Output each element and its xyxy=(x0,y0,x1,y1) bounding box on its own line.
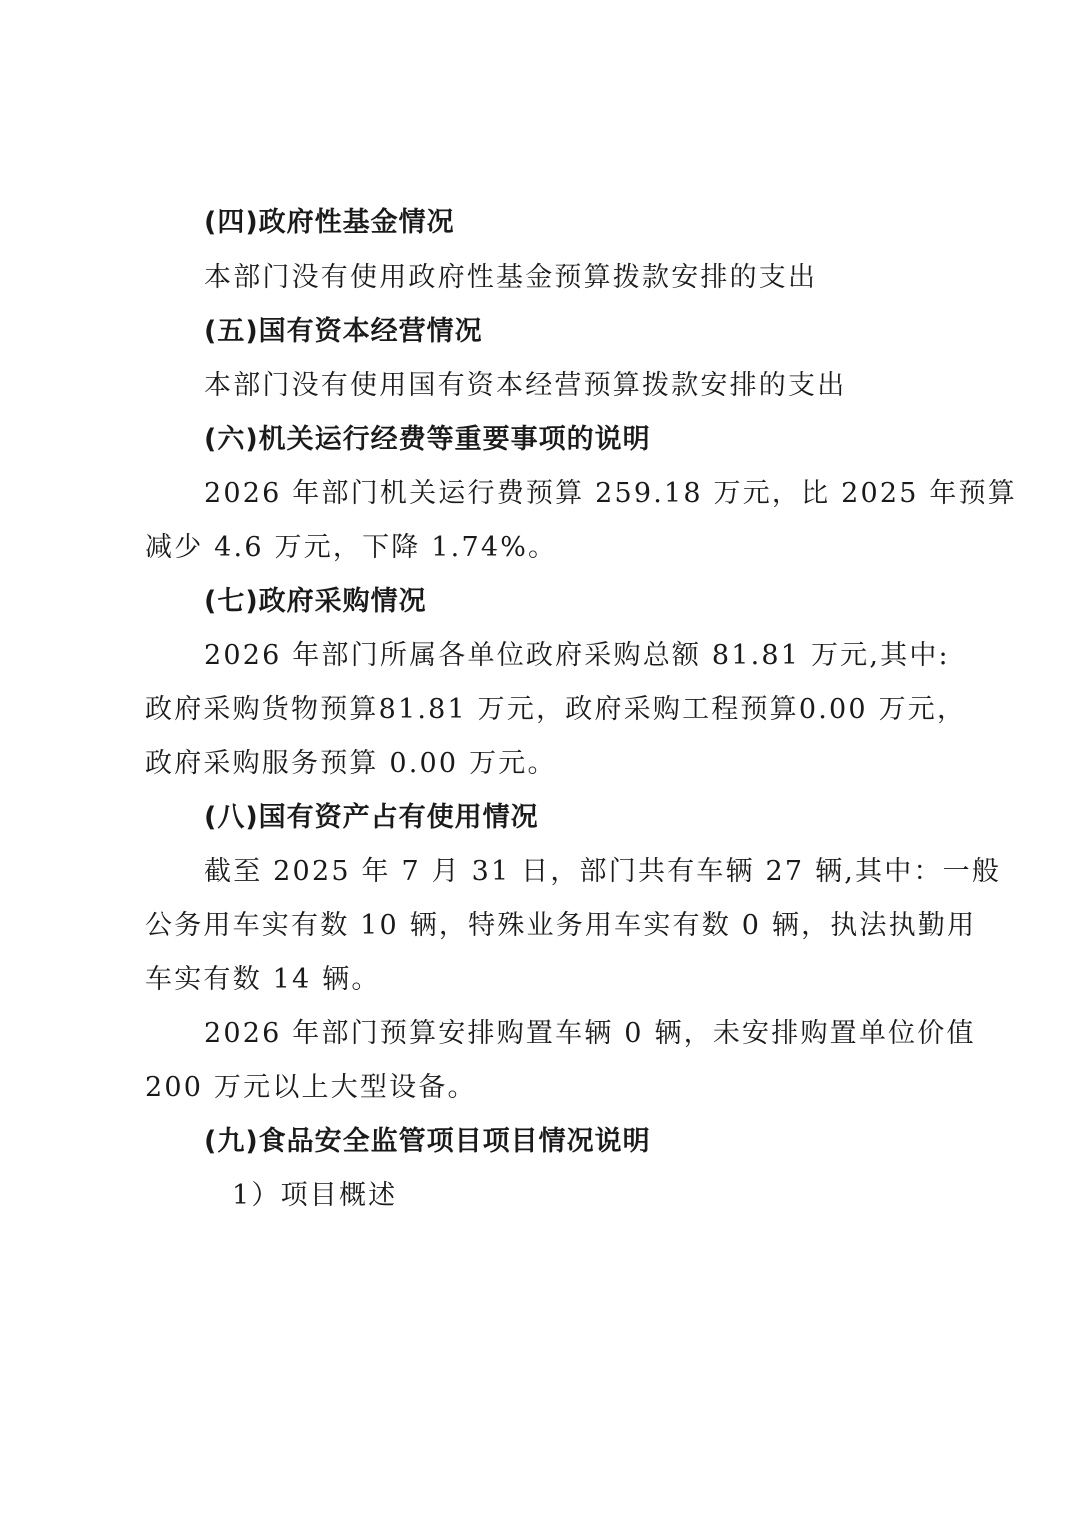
paragraph-line: 车实有数 14 辆。 xyxy=(145,962,381,998)
paragraph-line: 2026 年部门预算安排购置车辆 0 辆，未安排购置单位价值 xyxy=(204,1016,976,1052)
paragraph: 本部门没有使用国有资本经营预算拨款安排的支出 xyxy=(204,368,846,404)
paragraph-line: 200 万元以上大型设备。 xyxy=(145,1070,477,1106)
subsection-item: 1）项目概述 xyxy=(232,1178,397,1214)
section-heading-9: (九)食品安全监管项目项目情况说明 xyxy=(204,1124,651,1160)
paragraph-line: 政府采购货物预算81.81 万元，政府采购工程预算0.00 万元， xyxy=(145,692,966,728)
section-heading-5: (五)国有资本经营情况 xyxy=(204,314,483,350)
paragraph-line: 2026 年部门机关运行费预算 259.18 万元，比 2025 年预算 xyxy=(204,476,1017,512)
section-heading-6: (六)机关运行经费等重要事项的说明 xyxy=(204,422,651,458)
paragraph-line: 截至 2025 年 7 月 31 日，部门共有车辆 27 辆,其中：一般 xyxy=(204,854,1001,890)
paragraph-line: 政府采购服务预算 0.00 万元。 xyxy=(145,746,557,782)
paragraph: 本部门没有使用政府性基金预算拨款安排的支出 xyxy=(204,260,817,296)
paragraph-line: 减少 4.6 万元，下降 1.74%。 xyxy=(145,530,557,566)
paragraph-line: 公务用车实有数 10 辆，特殊业务用车实有数 0 辆，执法执勤用 xyxy=(145,908,976,944)
section-heading-8: (八)国有资产占有使用情况 xyxy=(204,800,539,836)
section-heading-7: (七)政府采购情况 xyxy=(204,584,427,620)
section-heading-4: (四)政府性基金情况 xyxy=(204,205,455,241)
paragraph-line: 2026 年部门所属各单位政府采购总额 81.81 万元,其中: xyxy=(204,638,950,674)
